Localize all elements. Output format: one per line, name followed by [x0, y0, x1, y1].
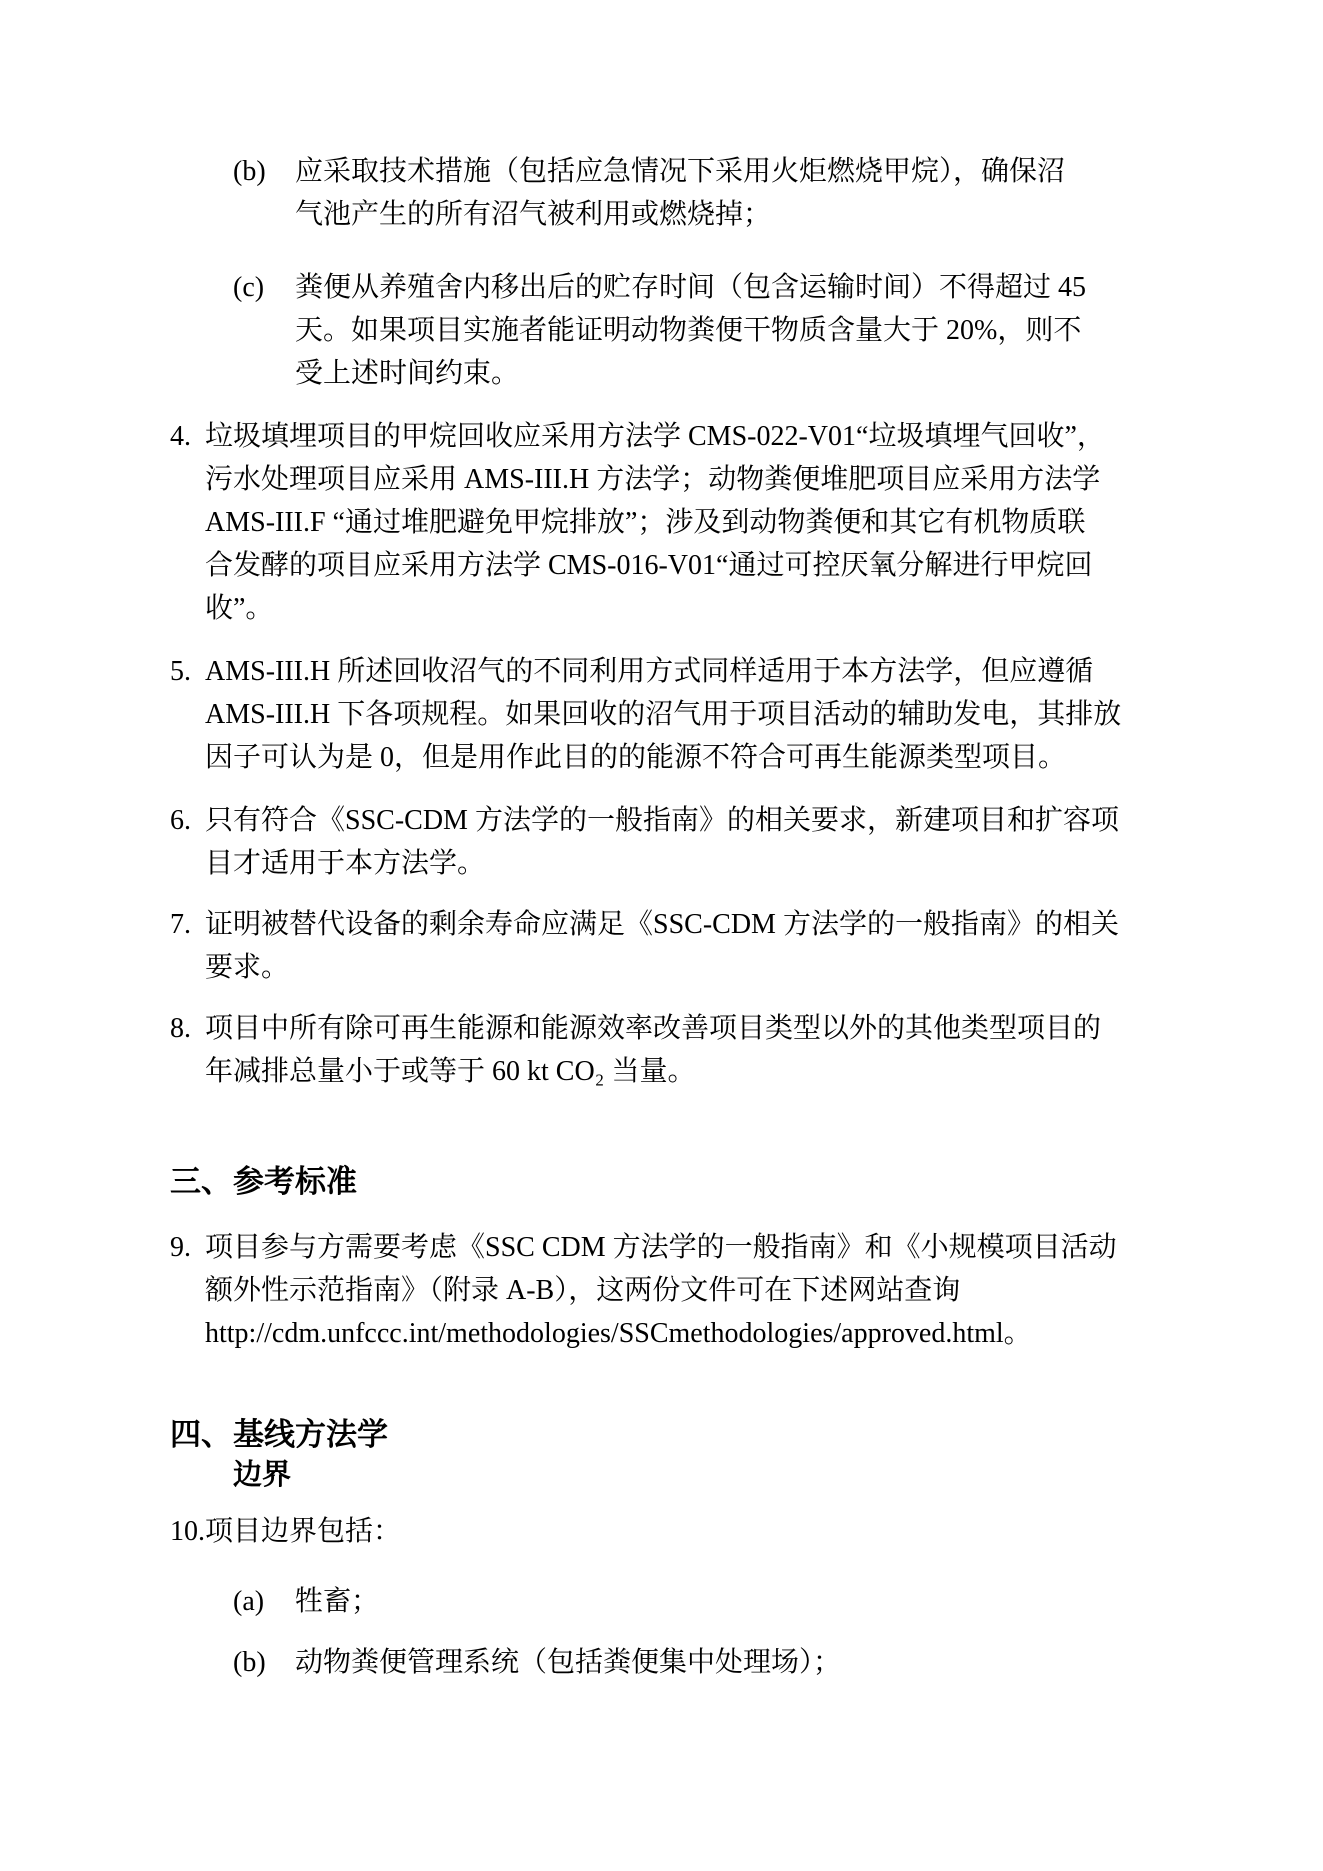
section-title: 基线方法学 [233, 1416, 388, 1453]
section-marker: 四、 [170, 1416, 233, 1453]
item-text: 垃圾填埋项目的甲烷回收应采用方法学 CMS-022-V01“垃圾填埋气回收”， … [205, 415, 1243, 630]
sub-heading-boundary: 边界 [233, 1457, 1243, 1494]
item-number: 10. [170, 1510, 205, 1553]
item-number: 6. [170, 799, 205, 885]
section-marker: 三、 [170, 1163, 233, 1200]
numbered-item-5: 5. AMS-III.H 所述回收沼气的不同利用方式同样适用于本方法学，但应遵循… [170, 650, 1243, 779]
list-item-text: 应采取技术措施（包括应急情况下采用火炬燃烧甲烷），确保沼 气池产生的所有沼气被利… [295, 150, 1243, 236]
list-item-b: (b) 应采取技术措施（包括应急情况下采用火炬燃烧甲烷），确保沼 气池产生的所有… [233, 150, 1243, 236]
item-number: 8. [170, 1007, 205, 1093]
list-item-text: 动物粪便管理系统（包括粪便集中处理场）； [295, 1641, 1243, 1684]
numbered-item-6: 6. 只有符合《SSC-CDM 方法学的一般指南》的相关要求，新建项目和扩容项 … [170, 799, 1243, 885]
list-item-label: (b) [233, 150, 295, 236]
numbered-item-9: 9. 项目参与方需要考虑《SSC CDM 方法学的一般指南》和《小规模项目活动 … [170, 1226, 1243, 1355]
list-item-label: (c) [233, 266, 295, 395]
list-item-label: (b) [233, 1641, 295, 1684]
item-text: AMS-III.H 所述回收沼气的不同利用方式同样适用于本方法学，但应遵循 AM… [205, 650, 1243, 779]
section-heading-baseline-methodology: 四、 基线方法学 [170, 1416, 1243, 1453]
numbered-item-10: 10. 项目边界包括： [170, 1510, 1243, 1553]
list-item-b-bottom: (b) 动物粪便管理系统（包括粪便集中处理场）； [233, 1641, 1243, 1684]
section-heading-reference-standards: 三、 参考标准 [170, 1163, 1243, 1200]
section-title: 参考标准 [233, 1163, 357, 1200]
list-item-text: 牲畜； [295, 1580, 1243, 1623]
list-item-label: (a) [233, 1580, 295, 1623]
numbered-item-7: 7. 证明被替代设备的剩余寿命应满足《SSC-CDM 方法学的一般指南》的相关 … [170, 903, 1243, 989]
item-text: 项目参与方需要考虑《SSC CDM 方法学的一般指南》和《小规模项目活动 额外性… [205, 1226, 1243, 1312]
item-text: 项目边界包括： [205, 1510, 1243, 1553]
list-item-c: (c) 粪便从养殖舍内移出后的贮存时间（包含运输时间）不得超过 45 天。如果项… [233, 266, 1243, 395]
numbered-item-8: 8. 项目中所有除可再生能源和能源效率改善项目类型以外的其他类型项目的 年减排总… [170, 1007, 1243, 1093]
list-item-text: 粪便从养殖舍内移出后的贮存时间（包含运输时间）不得超过 45 天。如果项目实施者… [295, 266, 1243, 395]
url-text[interactable]: http://cdm.unfccc.int/methodologies/SSCm… [205, 1312, 1243, 1355]
item-number: 7. [170, 903, 205, 989]
item-text: 只有符合《SSC-CDM 方法学的一般指南》的相关要求，新建项目和扩容项 目才适… [205, 799, 1243, 885]
item-number: 9. [170, 1226, 205, 1355]
document-page: (b) 应采取技术措施（包括应急情况下采用火炬燃烧甲烷），确保沼 气池产生的所有… [0, 0, 1323, 1871]
list-item-a-bottom: (a) 牲畜； [233, 1580, 1243, 1623]
item-number: 4. [170, 415, 205, 630]
item-text: 证明被替代设备的剩余寿命应满足《SSC-CDM 方法学的一般指南》的相关 要求。 [205, 903, 1243, 989]
item-number: 5. [170, 650, 205, 779]
numbered-item-4: 4. 垃圾填埋项目的甲烷回收应采用方法学 CMS-022-V01“垃圾填埋气回收… [170, 415, 1243, 630]
item-text: 项目中所有除可再生能源和能源效率改善项目类型以外的其他类型项目的 年减排总量小于… [205, 1007, 1243, 1093]
